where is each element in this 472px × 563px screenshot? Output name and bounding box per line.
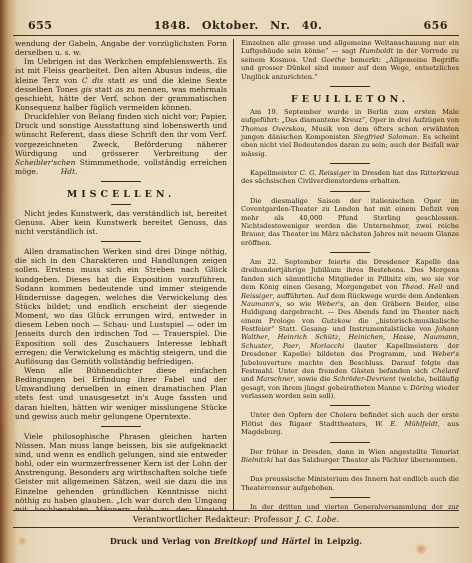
footer-rule-top	[13, 510, 459, 511]
paragraph-theatercensur: Das preussische Ministerium des Innern h…	[241, 475, 459, 492]
heading-underline	[111, 204, 131, 205]
paragraph-werkchen: Im Uebrigen ist das Werkchen empfehlensw…	[15, 57, 227, 112]
section-divider	[330, 442, 370, 443]
left-column: wendung der Gabeln, Angabe der vorzüglic…	[15, 39, 233, 510]
page-number-left: 655	[28, 19, 76, 32]
page-footer: Verantwortlicher Redakteur: Professor J.…	[0, 510, 472, 561]
footer-rule-bottom	[13, 527, 459, 528]
paragraph-tenorist: Der früher in Dresden, dann in Wien ange…	[241, 448, 459, 465]
paragraph-druckfehler: Druckfehler von Belang finden sich nicht…	[15, 112, 227, 176]
paragraph-kunstwerk: Nicht jedes Kunstwerk, das verständlich …	[15, 209, 227, 236]
paragraph-reissiger: Kapellmeister C. G. Reissiger in Dresden…	[241, 169, 459, 186]
paragraph-gabeln: wendung der Gabeln, Angabe der vorzüglic…	[15, 39, 227, 57]
page-header: 655 1848. Oktober. Nr. 40. 656	[0, 0, 472, 32]
page-number-right: 656	[400, 19, 448, 32]
redakteur-line: Verantwortlicher Redakteur: Professor J.…	[0, 515, 472, 524]
paragraph-phrasen: Viele philosophische Phrasen gleichen ha…	[15, 432, 227, 510]
journal-page: 655 1848. Oktober. Nr. 40. 656 wendung d…	[0, 0, 472, 563]
paragraph-cholera: Unter den Opfern der Cholera befindet si…	[241, 411, 459, 436]
section-divider	[101, 181, 141, 182]
section-divider	[330, 252, 370, 253]
text-columns: wendung der Gabeln, Angabe der vorzüglic…	[0, 36, 472, 510]
section-divider	[330, 86, 370, 87]
section-divider	[330, 497, 370, 498]
section-divider	[330, 163, 370, 164]
section-divider	[101, 426, 141, 427]
paragraph-generalversammlung: In der dritten und vierten Generalversam…	[241, 503, 459, 510]
section-divider	[330, 469, 370, 470]
section-divider	[330, 191, 370, 192]
paragraph-london-oper: Die diesmalige Saison der italienischen …	[241, 197, 459, 247]
paragraph-buehnendichter: Wenn alle Bühnendichter diese einfachen …	[15, 366, 227, 421]
paragraph-dramatisch: Allen dramatischen Werken sind drei Ding…	[15, 247, 227, 366]
right-column: Einzelnen alle grosse und allgemeine Wel…	[234, 39, 459, 510]
miscellen-heading: MISCELLEN.	[15, 189, 227, 201]
verlag-line: Druck und Verlag von Breitkopf und Härte…	[0, 536, 472, 546]
paragraph-berlin-oper: Am 19. September wurde in Berlin zum ers…	[241, 108, 459, 158]
paragraph-jubilaeum: Am 22. September feierte die Dresdener K…	[241, 258, 459, 400]
paragraph-weltanschauung: Einzelnen alle grosse und allgemeine Wel…	[241, 39, 459, 81]
issue-title: 1848. Oktober. Nr. 40.	[76, 19, 400, 32]
feuilleton-heading: FEUILLETON.	[241, 94, 459, 106]
section-divider	[101, 241, 141, 242]
section-divider	[330, 405, 370, 406]
